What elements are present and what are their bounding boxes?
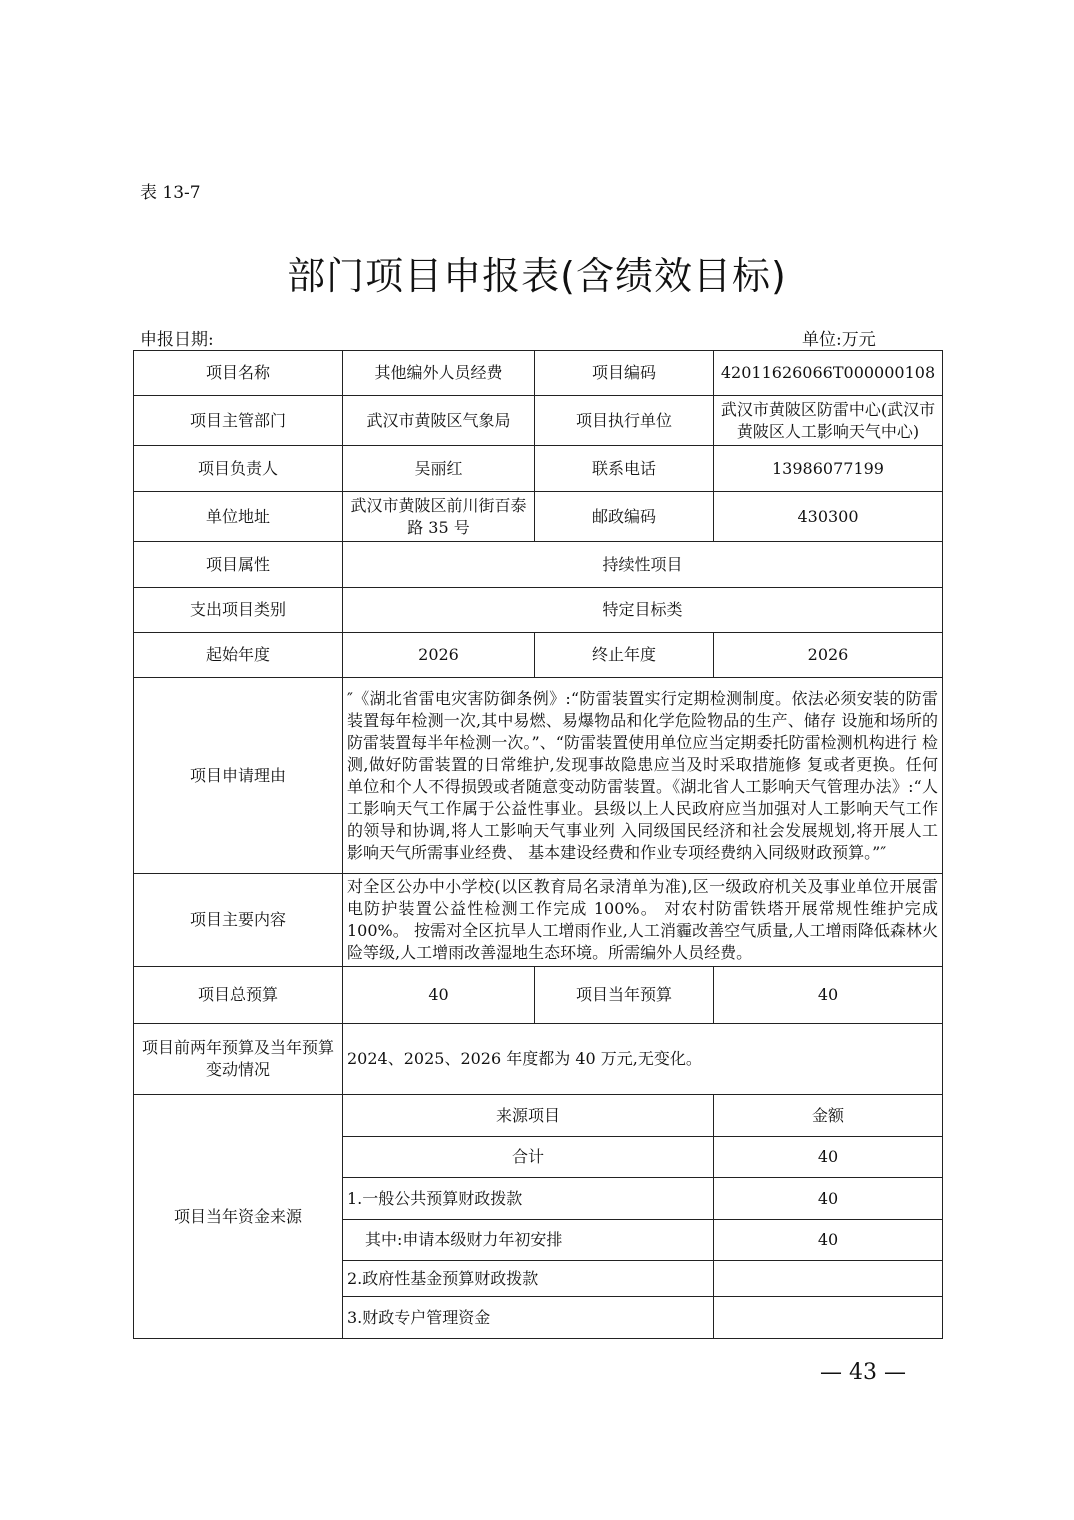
report-date-label: 申报日期: xyxy=(140,325,214,350)
content-label: 项目主要内容 xyxy=(134,874,343,967)
funding-source-special: 3.财政专户管理资金 xyxy=(343,1297,714,1339)
postcode-label: 邮政编码 xyxy=(535,492,714,542)
year-budget-label: 项目当年预算 xyxy=(535,967,714,1024)
leader-label: 项目负责人 xyxy=(134,446,343,492)
reason-label: 项目申请理由 xyxy=(134,678,343,874)
funding-amount-general: 40 xyxy=(714,1178,943,1220)
table-number: 表 13-7 xyxy=(140,178,201,203)
project-form-table: 项目名称 其他编外人员经费 项目编码 42011626066T000000108… xyxy=(133,350,943,1339)
attribute-value: 持续性项目 xyxy=(343,542,943,588)
funding-label: 项目当年资金来源 xyxy=(134,1095,343,1339)
budget-change-label: 项目前两年预算及当年预算变动情况 xyxy=(134,1024,343,1095)
postcode-value: 430300 xyxy=(714,492,943,542)
content-value: 对全区公办中小学校(以区教育局名录清单为准),区一级政府机关及事业单位开展雷电防… xyxy=(343,874,943,967)
funding-amount-header: 金额 xyxy=(714,1095,943,1137)
address-label: 单位地址 xyxy=(134,492,343,542)
dept-value: 武汉市黄陂区气象局 xyxy=(343,396,535,446)
funding-source-header: 来源项目 xyxy=(343,1095,714,1137)
phone-value: 13986077199 xyxy=(714,446,943,492)
end-year-value: 2026 xyxy=(714,633,943,678)
exec-unit-value: 武汉市黄陂区防雷中心(武汉市黄陂区人工影响天气中心) xyxy=(714,396,943,446)
funding-source-total: 合计 xyxy=(343,1137,714,1178)
project-name-value: 其他编外人员经费 xyxy=(343,351,535,396)
funding-amount-local: 40 xyxy=(714,1220,943,1261)
project-name-label: 项目名称 xyxy=(134,351,343,396)
category-value: 特定目标类 xyxy=(343,588,943,633)
funding-source-local: 其中:申请本级财力年初安排 xyxy=(343,1220,714,1261)
start-year-value: 2026 xyxy=(343,633,535,678)
leader-value: 吴丽红 xyxy=(343,446,535,492)
total-budget-value: 40 xyxy=(343,967,535,1024)
funding-amount-total: 40 xyxy=(714,1137,943,1178)
unit-label: 单位:万元 xyxy=(802,325,876,350)
total-budget-label: 项目总预算 xyxy=(134,967,343,1024)
budget-change-value: 2024、2025、2026 年度都为 40 万元,无变化。 xyxy=(343,1024,943,1095)
project-code-value: 42011626066T000000108 xyxy=(714,351,943,396)
dept-label: 项目主管部门 xyxy=(134,396,343,446)
funding-amount-fund xyxy=(714,1261,943,1297)
start-year-label: 起始年度 xyxy=(134,633,343,678)
category-label: 支出项目类别 xyxy=(134,588,343,633)
phone-label: 联系电话 xyxy=(535,446,714,492)
exec-unit-label: 项目执行单位 xyxy=(535,396,714,446)
project-code-label: 项目编码 xyxy=(535,351,714,396)
funding-source-fund: 2.政府性基金预算财政拨款 xyxy=(343,1261,714,1297)
funding-amount-special xyxy=(714,1297,943,1339)
year-budget-value: 40 xyxy=(714,967,943,1024)
end-year-label: 终止年度 xyxy=(535,633,714,678)
page-title: 部门项目申报表(含绩效目标) xyxy=(0,245,1074,300)
funding-source-general: 1.一般公共预算财政拨款 xyxy=(343,1178,714,1220)
page-number: — 43 — xyxy=(820,1360,906,1385)
attribute-label: 项目属性 xyxy=(134,542,343,588)
reason-value: ″《湖北省雷电灾害防御条例》:“防雷装置实行定期检测制度。依法必须安装的防雷装置… xyxy=(343,678,943,874)
address-value: 武汉市黄陂区前川街百泰路 35 号 xyxy=(343,492,535,542)
